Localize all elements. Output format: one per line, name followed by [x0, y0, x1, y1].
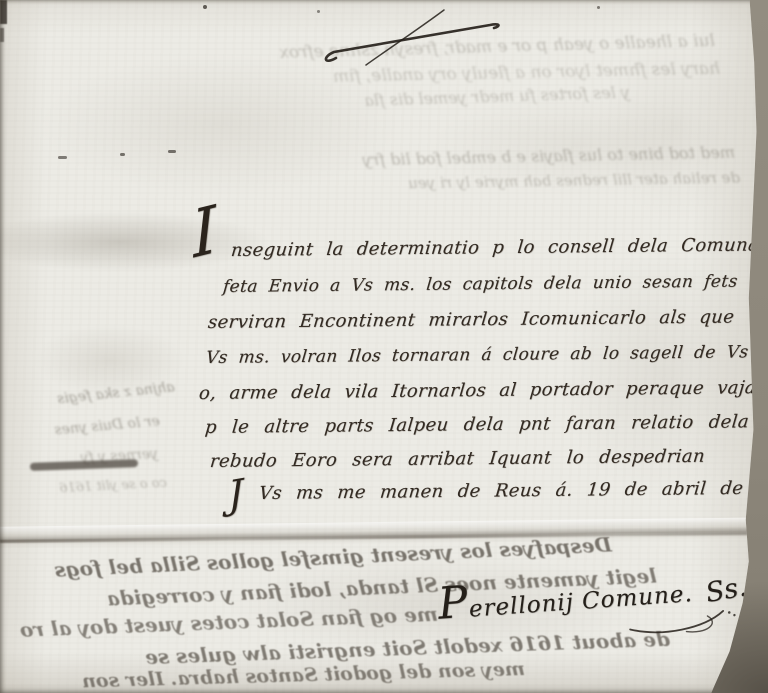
showthrough-line: yernes y fy — [8, 446, 159, 470]
drop-cap-initial: I — [190, 192, 220, 273]
paper-stain — [0, 212, 270, 272]
ink-speck — [203, 5, 207, 9]
letter-line: nseguint la determinatio p lo consell de… — [230, 234, 760, 261]
letter-line: o, arme dela vila Itornarlos al portador… — [198, 377, 757, 404]
photo-backdrop: lui a lhealle o yeah p or e madr, fresyn… — [0, 0, 768, 693]
paper-stain — [600, 30, 750, 220]
signature-paraph: Ss. — [703, 571, 749, 609]
letter-line: serviran Encontinent mirarlos Icomunicar… — [207, 306, 735, 333]
letter-line: feta Envio a Vs ms. los capitols dela un… — [222, 271, 768, 297]
showthrough-line: ahjna z ska fegis — [5, 379, 176, 413]
letter-line: rebudo Eoro sera arribat Iquant lo despe… — [209, 446, 706, 472]
signature-flourish-icon — [627, 604, 739, 642]
ink-speck — [317, 10, 320, 13]
ink-speck — [0, 0, 7, 24]
closing-cap-initial: J — [227, 470, 244, 517]
ink-speck — [597, 6, 600, 9]
paper-sheet: lui a lhealle o yeah p or e madr, fresyn… — [0, 0, 768, 693]
fold-crease-shadow — [0, 532, 768, 543]
showthrough-line: co o se ylit 1616 — [2, 476, 168, 500]
cross-mark-icon — [322, 8, 512, 68]
letter-line: p le altre parts Ialpeu dela pnt faran r… — [204, 411, 750, 438]
letter-closing-line: Vs ms me manen de Reus á. 19 de abril de… — [258, 477, 768, 504]
letter-line: Vs ms. volran Ilos tornaran á cloure ab … — [205, 342, 768, 368]
ink-speck — [0, 28, 4, 42]
showthrough-line: er lo Duis ynes — [5, 413, 161, 442]
ink-speck — [168, 150, 176, 153]
